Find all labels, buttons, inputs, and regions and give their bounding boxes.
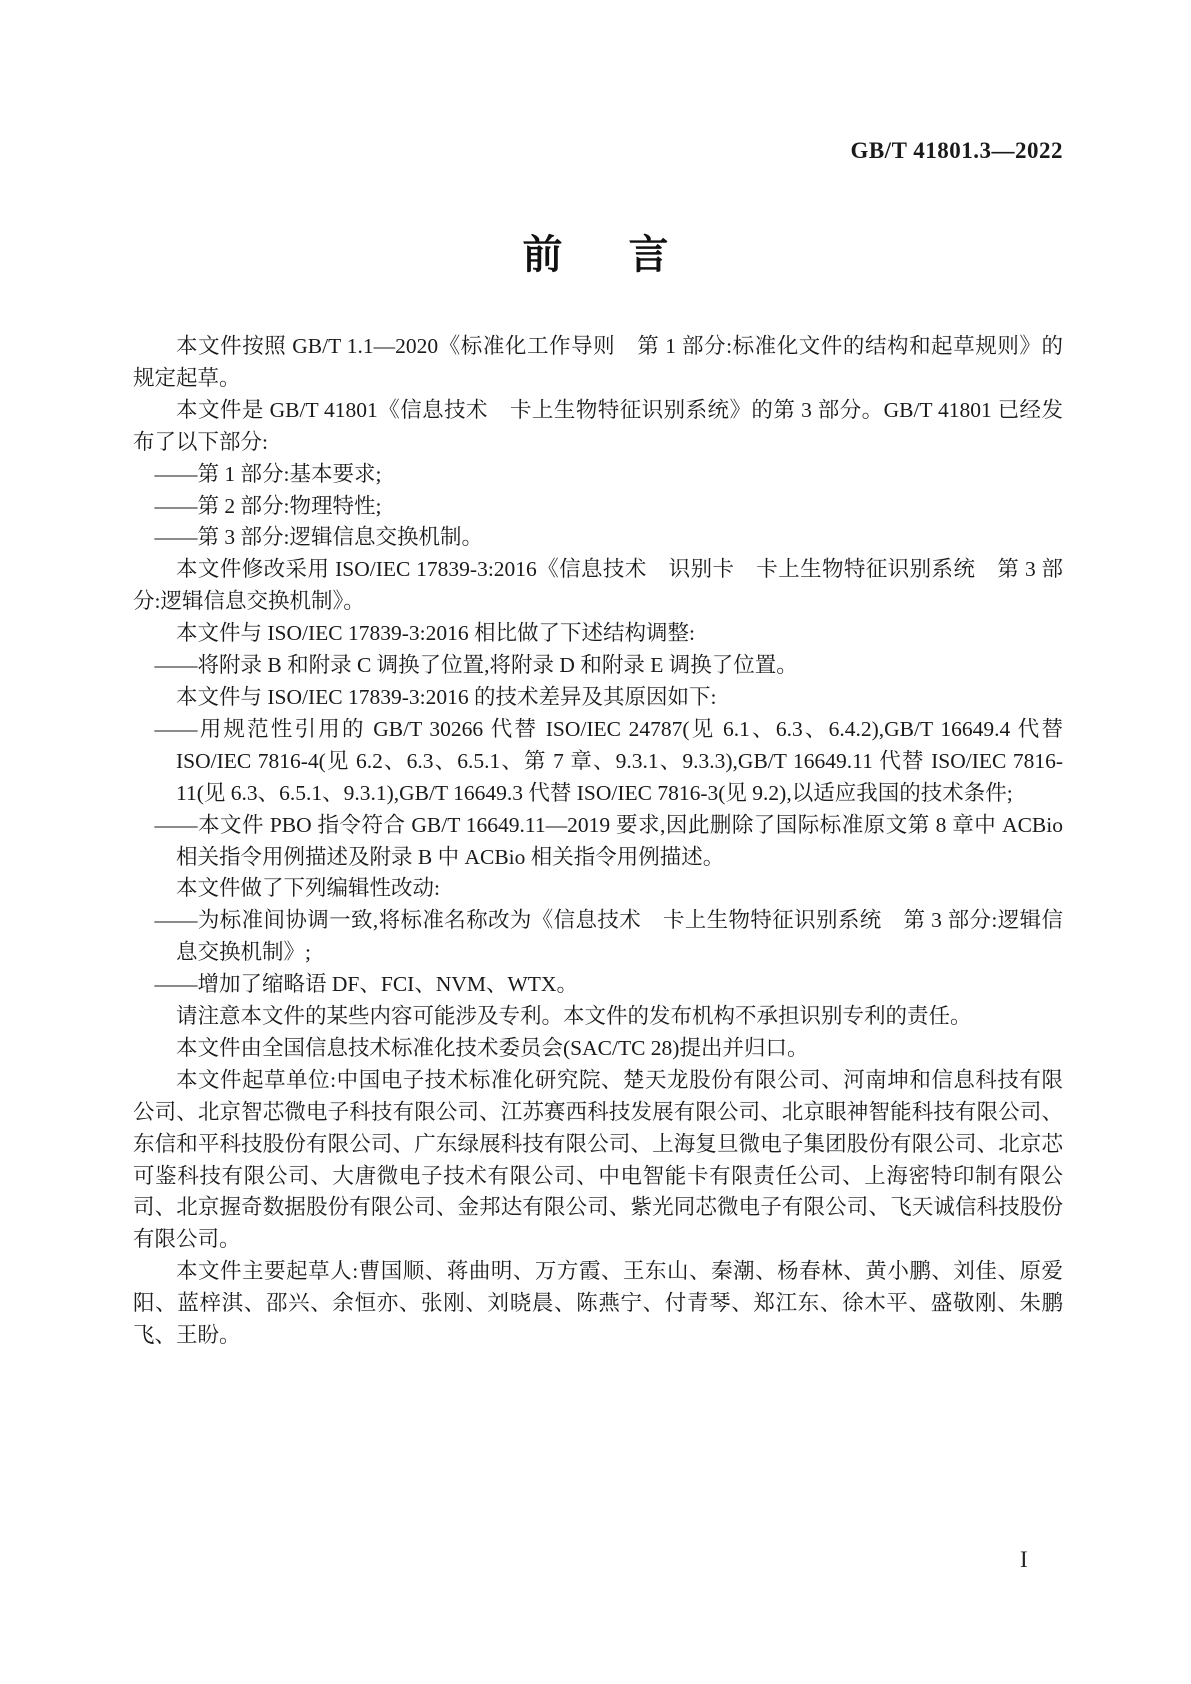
list-item: ——第 1 部分:基本要求;	[133, 459, 1063, 491]
list-item: ——第 3 部分:逻辑信息交换机制。	[133, 522, 1063, 554]
title-char-1: 前	[523, 232, 563, 278]
list-item: ——用规范性引用的 GB/T 30266 代替 ISO/IEC 24787(见 …	[133, 714, 1063, 810]
paragraph: 本文件做了下列编辑性改动:	[133, 873, 1063, 905]
standard-code-header: GB/T 41801.3—2022	[850, 138, 1063, 164]
paragraph: 本文件与 ISO/IEC 17839-3:2016 相比做了下述结构调整:	[133, 618, 1063, 650]
page-title: 前 言	[0, 232, 1191, 278]
list-item: ——增加了缩略语 DF、FCI、NVM、WTX。	[133, 969, 1063, 1001]
paragraph: 本文件与 ISO/IEC 17839-3:2016 的技术差异及其原因如下:	[133, 682, 1063, 714]
list-item: ——为标准间协调一致,将标准名称改为《信息技术 卡上生物特征识别系统 第 3 部…	[133, 905, 1063, 969]
list-item: ——本文件 PBO 指令符合 GB/T 16649.11—2019 要求,因此删…	[133, 810, 1063, 874]
paragraph: 本文件是 GB/T 41801《信息技术 卡上生物特征识别系统》的第 3 部分。…	[133, 395, 1063, 459]
list-item: ——第 2 部分:物理特性;	[133, 491, 1063, 523]
page-number: I	[1020, 1547, 1028, 1573]
paragraph: 请注意本文件的某些内容可能涉及专利。本文件的发布机构不承担识别专利的责任。	[133, 1001, 1063, 1033]
paragraph: 本文件主要起草人:曹国顺、蒋曲明、万方霞、王东山、秦潮、杨春林、黄小鹏、刘佳、原…	[133, 1256, 1063, 1352]
paragraph: 本文件按照 GB/T 1.1—2020《标准化工作导则 第 1 部分:标准化文件…	[133, 331, 1063, 395]
paragraph: 本文件修改采用 ISO/IEC 17839-3:2016《信息技术 识别卡 卡上…	[133, 554, 1063, 618]
document-page: GB/T 41801.3—2022 前 言 本文件按照 GB/T 1.1—202…	[0, 0, 1191, 1684]
paragraph: 本文件由全国信息技术标准化技术委员会(SAC/TC 28)提出并归口。	[133, 1033, 1063, 1065]
paragraph: 本文件起草单位:中国电子技术标准化研究院、楚天龙股份有限公司、河南坤和信息科技有…	[133, 1065, 1063, 1256]
list-item: ——将附录 B 和附录 C 调换了位置,将附录 D 和附录 E 调换了位置。	[133, 650, 1063, 682]
title-char-2: 言	[629, 232, 669, 278]
foreword-body: 本文件按照 GB/T 1.1—2020《标准化工作导则 第 1 部分:标准化文件…	[133, 331, 1063, 1352]
